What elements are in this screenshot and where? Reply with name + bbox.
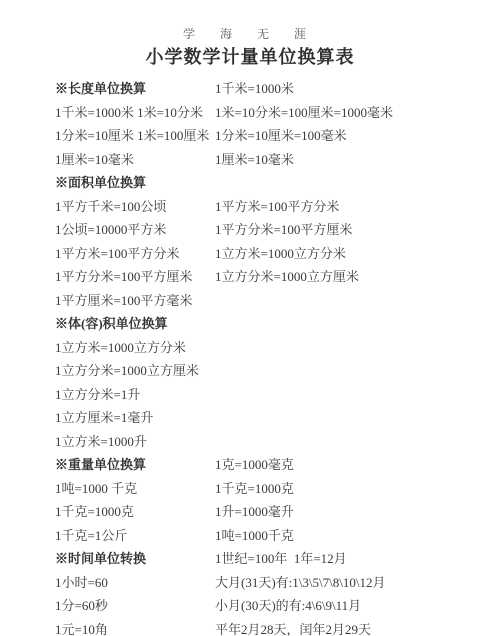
- left-cell: 1分米=10厘米 1米=100厘米: [55, 125, 215, 144]
- table-row: ※长度单位换算 1千米=1000米: [0, 76, 500, 100]
- right-cell: 小月(30天)的有:4\6\9\11月: [215, 595, 500, 614]
- table-row: 1分=60秒 小月(30天)的有:4\6\9\11月: [0, 593, 500, 617]
- table-row: 1吨=1000 千克 1千克=1000克: [0, 476, 500, 500]
- table-row: 1立方分米=1000立方厘米: [0, 358, 500, 382]
- left-cell: 1厘米=10毫米: [55, 149, 215, 168]
- left-cell: 1立方米=1000升: [55, 431, 215, 450]
- table-row: 1立方米=1000立方分米: [0, 335, 500, 359]
- table-row: 1小时=60 大月(31天)有:1\3\5\7\8\10\12月: [0, 570, 500, 594]
- right-cell: 1分米=10厘米=100毫米: [215, 125, 500, 144]
- page-title: 小学数学计量单位换算表: [0, 43, 500, 69]
- section-header-length: ※长度单位换算: [55, 78, 215, 97]
- left-cell: 1平方分米=100平方厘米: [55, 266, 215, 285]
- document-page: 学 海 无 涯 小学数学计量单位换算表 ※长度单位换算 1千米=1000米 1千…: [0, 0, 500, 636]
- right-cell: 1米=10分米=100厘米=1000毫米: [215, 102, 500, 121]
- left-cell: 1立方厘米=1毫升: [55, 407, 215, 426]
- right-cell: 1平方分米=100平方厘米: [215, 219, 500, 238]
- right-cell: 1千米=1000米: [215, 78, 500, 97]
- section-header-area: ※面积单位换算: [55, 172, 215, 191]
- table-row: ※重量单位换算 1克=1000毫克: [0, 452, 500, 476]
- left-cell: 1立方分米=1000立方厘米: [55, 360, 215, 379]
- left-cell: 1千克=1公斤: [55, 525, 215, 544]
- table-row: 1平方米=100平方分米 1立方米=1000立方分米: [0, 241, 500, 265]
- right-cell: 1立方米=1000立方分米: [215, 243, 500, 262]
- watermark-header: 学 海 无 涯: [0, 25, 500, 42]
- left-cell: 1千克=1000克: [55, 501, 215, 520]
- table-row: ※时间单位转换 1世纪=100年 1年=12月: [0, 546, 500, 570]
- right-cell: 1克=1000毫克: [215, 454, 500, 473]
- left-cell: 1平方米=100平方分米: [55, 243, 215, 262]
- table-row: 1公顷=10000平方米 1平方分米=100平方厘米: [0, 217, 500, 241]
- right-cell: 大月(31天)有:1\3\5\7\8\10\12月: [215, 572, 500, 591]
- right-cell: 1立方分米=1000立方厘米: [215, 266, 500, 285]
- conversion-table: ※长度单位换算 1千米=1000米 1千米=1000米 1米=10分米 1米=1…: [0, 76, 500, 636]
- section-header-weight: ※重量单位换算: [55, 454, 215, 473]
- table-row: 1平方千米=100公顷 1平方米=100平方分米: [0, 194, 500, 218]
- table-row: ※体(容)积单位换算: [0, 311, 500, 335]
- right-cell: 1升=1000毫升: [215, 501, 500, 520]
- table-row: 1立方分米=1升: [0, 382, 500, 406]
- left-cell: 1小时=60: [55, 572, 215, 591]
- left-cell: 1公顷=10000平方米: [55, 219, 215, 238]
- table-row: 1元=10角 平年2月28天，闰年2月29天: [0, 617, 500, 636]
- table-row: 1平方厘米=100平方毫米: [0, 288, 500, 312]
- table-row: 1千米=1000米 1米=10分米 1米=10分米=100厘米=1000毫米: [0, 100, 500, 124]
- right-cell: 1吨=1000千克: [215, 525, 500, 544]
- left-cell: 1平方厘米=100平方毫米: [55, 290, 215, 309]
- left-cell: 1立方米=1000立方分米: [55, 337, 215, 356]
- left-cell: 1元=10角: [55, 619, 215, 636]
- table-row: 1立方米=1000升: [0, 429, 500, 453]
- table-row: 1厘米=10毫米 1厘米=10毫米: [0, 147, 500, 171]
- table-row: 1立方厘米=1毫升: [0, 405, 500, 429]
- left-cell: 1吨=1000 千克: [55, 478, 215, 497]
- left-cell: 1立方分米=1升: [55, 384, 215, 403]
- section-header-volume: ※体(容)积单位换算: [55, 313, 215, 332]
- table-row: 1分米=10厘米 1米=100厘米 1分米=10厘米=100毫米: [0, 123, 500, 147]
- left-cell: 1平方千米=100公顷: [55, 196, 215, 215]
- table-row: 1千克=1公斤 1吨=1000千克: [0, 523, 500, 547]
- table-row: 1平方分米=100平方厘米 1立方分米=1000立方厘米: [0, 264, 500, 288]
- right-cell: 1平方米=100平方分米: [215, 196, 500, 215]
- table-row: ※面积单位换算: [0, 170, 500, 194]
- right-cell: 1世纪=100年 1年=12月: [215, 548, 500, 567]
- section-header-time: ※时间单位转换: [55, 548, 215, 567]
- right-cell: 平年2月28天，闰年2月29天: [215, 619, 500, 636]
- left-cell: 1分=60秒: [55, 595, 215, 614]
- right-cell: 1千克=1000克: [215, 478, 500, 497]
- table-row: 1千克=1000克 1升=1000毫升: [0, 499, 500, 523]
- left-cell: 1千米=1000米 1米=10分米: [55, 102, 215, 121]
- right-cell: 1厘米=10毫米: [215, 149, 500, 168]
